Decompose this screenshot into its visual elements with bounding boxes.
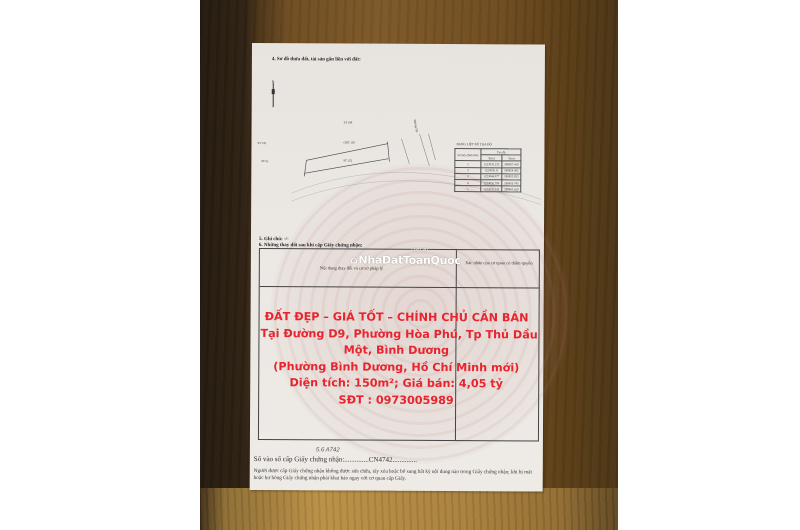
section-4-title: 4. Sơ đồ thửa đất, tài sản gắn liền với …	[272, 57, 361, 62]
parcel-label: ODT 150	[343, 140, 354, 144]
registry-number: 5.6 A742 Số vào sổ cấp Giấy chứng nhận:.…	[254, 455, 417, 464]
site-watermark: ⌂NhaDatToanQuoc .com.vn	[350, 254, 461, 268]
coord-x: 1223033.232	[481, 186, 502, 192]
ad-headline: ĐẤT ĐẸP – GIÁ TỐT – CHÍNH CHỦ CẦN BÁN	[261, 309, 533, 327]
handwritten-note: 5.6 A742	[316, 447, 340, 453]
neighbor-label-left-1: ST 135	[257, 141, 266, 145]
coord-vertex: 1	[455, 186, 481, 192]
wood-table-edge	[200, 488, 618, 530]
neighbor-label-left-2: ST 61	[261, 159, 268, 163]
land-certificate-page: 4. Sơ đồ thửa đất, tài sản gắn liền với …	[250, 43, 545, 492]
ad-phone: SĐT : 0973005989	[260, 392, 532, 410]
coord-header-vertex: Số hiệu đỉnh thửa	[455, 149, 481, 162]
changes-col-confirm-header: Xác nhận của cơ quan có thẩm quyền	[460, 259, 538, 266]
coordinate-table: Số hiệu đỉnh thửa Tọa độ X(m) Y(m) 11223…	[454, 148, 521, 193]
ad-address-1: Tại Đường D9, Phường Hòa Phú, Tp Thủ Dầu	[260, 326, 532, 344]
coord-row: 11223033.232588857.419	[455, 186, 521, 193]
ad-new-address: (Phường Bình Dương, Hồ Chí Minh mới)	[260, 359, 532, 377]
registry-label: Số vào sổ cấp Giấy chứng nhận:..........…	[254, 455, 417, 464]
coord-y: 588857.419	[502, 186, 521, 192]
coord-table-caption: BẢNG LIỆT KÊ TỌA ĐỘ	[456, 142, 491, 146]
neighbor-label-bottom: ST 152	[343, 158, 352, 162]
house-swoosh-icon: ⌂	[350, 254, 358, 267]
ad-address-2: Một, Bình Dương	[260, 342, 532, 360]
watermark-brand: NhaDatToanQuoc	[358, 254, 460, 268]
watermark-domain: .com.vn	[410, 247, 428, 253]
ad-area-price: Diện tích: 150m²; Giá bán: 4,05 tỷ	[260, 375, 532, 393]
sale-advertisement: ĐẤT ĐẸP – GIÁ TỐT – CHÍNH CHỦ CẦN BÁN Tạ…	[260, 309, 533, 409]
footer-note: Người được cấp Giấy chứng nhận không đượ…	[254, 468, 539, 483]
neighbor-label-top: ST 198	[344, 120, 353, 124]
section-5-title: 5. Ghi chú: -/-	[259, 237, 289, 242]
